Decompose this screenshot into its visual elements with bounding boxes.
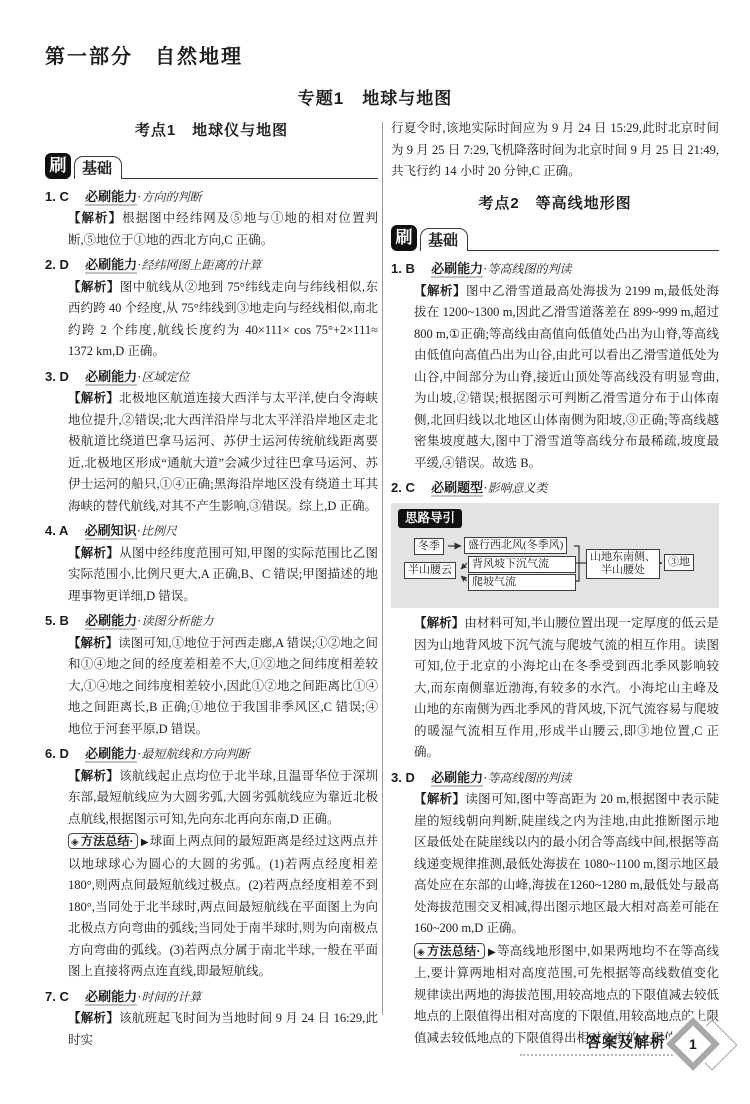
- rule-line: [122, 178, 378, 179]
- flow-node-site3: ③地: [664, 554, 694, 571]
- rule-line: [468, 250, 719, 251]
- answer-number: 3. D: [45, 369, 69, 384]
- ability-topic: 方向的判断: [141, 190, 201, 204]
- analysis-text: 图中乙滑雪道最高处海拔为 2199 m,最低处海拔在 1200~1300 m,因…: [414, 284, 719, 470]
- answer-item: 1. C 必刷能力·方向的判断 【解析】根据图中经纬网及⑤地与①地的相对位置判断…: [45, 186, 378, 252]
- flow-node-location-line1: 山地东南侧、: [590, 551, 656, 564]
- basics-label: 基础: [420, 228, 468, 251]
- ability-tag-label: 必刷题型: [431, 480, 483, 497]
- analysis-paragraph: 【解析】图中乙滑雪道最高处海拔为 2199 m,最低处海拔在 1200~1300…: [414, 281, 719, 475]
- method-summary-badge: ◈方法总结·: [68, 833, 138, 849]
- answer-item: 2. D 必刷能力·经纬网图上距离的计算 【解析】图中航线从②地到 75°纬线走…: [45, 254, 378, 363]
- answer-number: 1. C: [45, 189, 69, 204]
- answer-item: 6. D 必刷能力·最短航线和方向判断 【解析】该航线起止点均位于北半球,且温哥…: [45, 743, 378, 983]
- topic-title: 专题1 地球与地图: [0, 84, 750, 109]
- analysis-text: 北极地区航道连接大西洋与太平洋,使白令海峡地位提升,②错误;北大西洋沿岸与北太平…: [68, 391, 378, 513]
- ability-tag-label: 必刷知识: [85, 523, 137, 540]
- analysis-label: 【解析】: [68, 636, 118, 650]
- analysis-label: 【解析】: [414, 792, 465, 806]
- analysis-text: 读图可知,①地位于河西走廊,A 错误;①②地之间和①④地之间的经度差相差不大,①…: [68, 636, 378, 736]
- method-text: 球面上两点间的最短距离是经过这两点并以地球球心为圆心的大圆的劣弧。(1)若两点经…: [68, 834, 378, 978]
- play-icon: ▶: [141, 837, 149, 848]
- answer-number: 4. A: [45, 523, 68, 538]
- analysis-label: 【解析】: [414, 284, 466, 298]
- page-number: 1: [689, 1036, 697, 1052]
- continuation-paragraph: 行夏令时,该地实际时间应为 9 月 24 日 15:29,此时北京时间为 9 月…: [391, 118, 719, 183]
- answer-head: 3. D 必刷能力·区域定位: [45, 366, 378, 389]
- analysis-label: 【解析】: [68, 769, 119, 783]
- page-footer: 答案及解析 1: [0, 1018, 750, 1088]
- answer-number: 2. C: [391, 480, 415, 495]
- diamond-inner: 1: [675, 1026, 712, 1063]
- ability-topic: 等高线图的判读: [487, 771, 571, 785]
- ability-tag-label: 必刷能力: [85, 613, 137, 630]
- page-number-diamond: 1: [672, 1020, 732, 1076]
- ability-topic: 比例尺: [141, 524, 177, 538]
- flow-node-leeward-flow: 背风坡下沉气流: [468, 556, 576, 573]
- part-title: 第一部分 自然地理: [45, 40, 243, 69]
- column-divider: [382, 122, 383, 1015]
- analysis-text: 读图可知,图中等高距为 20 m,根据图中表示陡崖的短线朝向判断,陡崖线之内为洼…: [414, 792, 719, 935]
- answer-head: 3. D 必刷能力·等高线图的判读: [391, 767, 719, 790]
- method-summary: ◈方法总结·▶球面上两点间的最短距离是经过这两点并以地球球心为圆心的大圆的劣弧。…: [68, 831, 378, 983]
- flow-node-nw-wind: 盛行西北风(冬季风): [464, 537, 567, 554]
- ability-tag-label: 必刷能力: [431, 770, 483, 787]
- left-column: 考点1 地球仪与地图 刷 基础 1. C 必刷能力·方向的判断 【解析】根据图中…: [45, 118, 378, 1051]
- flow-node-location-line2: 半山腰处: [590, 564, 656, 577]
- flow-node-midslope-cloud: 半山腰云: [404, 562, 456, 579]
- answer-number: 1. B: [391, 261, 415, 276]
- play-icon: ▶: [488, 947, 496, 958]
- ability-tag-label: 必刷能力: [85, 989, 137, 1006]
- analysis-label: 【解析】: [68, 211, 122, 225]
- ability-tag-label: 必刷能力: [85, 257, 137, 274]
- analysis-label: 【解析】: [414, 616, 464, 630]
- ability-topic: 最短航线和方向判断: [141, 747, 249, 761]
- method-label: 方法总结·: [81, 834, 134, 848]
- ability-tag-label: 必刷能力: [85, 369, 137, 386]
- method-label: 方法总结·: [427, 944, 481, 958]
- answer-item: 4. A 必刷知识·比例尺 【解析】从图中经纬度范围可知,甲图的实际范围比乙图实…: [45, 520, 378, 607]
- thinking-guide-badge: 思路导引: [398, 509, 462, 528]
- answer-head: 6. D 必刷能力·最短航线和方向判断: [45, 743, 378, 766]
- shua-badge-icon: 刷: [391, 225, 417, 251]
- gem-icon: ◈: [71, 837, 79, 848]
- shua-badge-icon: 刷: [45, 153, 71, 179]
- analysis-paragraph: 【解析】读图可知,①地位于河西走廊,A 错误;①②地之间和①④地之间的经度差相差…: [68, 633, 378, 741]
- answer-head: 5. B 必刷能力·读图分析能力: [45, 610, 378, 633]
- basics-label: 基础: [74, 156, 122, 179]
- flow-node-upslope-flow: 爬坡气流: [468, 574, 576, 591]
- section-title-kaodian2: 考点2 等高线地形图: [391, 193, 719, 215]
- method-summary-badge: ◈方法总结·: [414, 943, 485, 959]
- analysis-label: 【解析】: [68, 280, 120, 294]
- answer-number: 2. D: [45, 257, 69, 272]
- flow-node-location: 山地东南侧、 半山腰处: [586, 549, 660, 579]
- answer-head: 1. C 必刷能力·方向的判断: [45, 186, 378, 209]
- answer-item: 3. D 必刷能力·等高线图的判读 【解析】读图可知,图中等高距为 20 m,根…: [391, 767, 719, 1050]
- answer-head: 2. C 必刷题型·影响意义类: [391, 477, 719, 500]
- analysis-paragraph: 【解析】从图中经纬度范围可知,甲图的实际范围比乙图实际范围小,比例尺更大,A 正…: [68, 543, 378, 608]
- ability-topic: 经纬网图上距离的计算: [141, 258, 261, 272]
- ability-topic: 影响意义类: [487, 481, 547, 495]
- answer-number: 7. C: [45, 989, 69, 1004]
- ability-tag-label: 必刷能力: [85, 189, 137, 206]
- answer-number: 3. D: [391, 770, 415, 785]
- ability-tag-label: 必刷能力: [431, 261, 483, 278]
- answer-head: 7. C 必刷能力·时间的计算: [45, 986, 378, 1009]
- ability-tag-label: 必刷能力: [85, 746, 137, 763]
- footer-label: 答案及解析: [586, 1031, 666, 1052]
- answer-head: 1. B 必刷能力·等高线图的判读: [391, 258, 719, 281]
- answer-item: 5. B 必刷能力·读图分析能力 【解析】读图可知,①地位于河西走廊,A 错误;…: [45, 610, 378, 740]
- ability-topic: 等高线图的判读: [487, 262, 571, 276]
- section-title-kaodian1: 考点1 地球仪与地图: [45, 120, 378, 142]
- answer-item: 3. D 必刷能力·区域定位 【解析】北极地区航道连接大西洋与太平洋,使白令海峡…: [45, 366, 378, 518]
- answer-head: 2. D 必刷能力·经纬网图上距离的计算: [45, 254, 378, 277]
- answer-item: 1. B 必刷能力·等高线图的判读 【解析】图中乙滑雪道最高处海拔为 2199 …: [391, 258, 719, 474]
- answer-number: 5. B: [45, 613, 69, 628]
- analysis-paragraph: 【解析】北极地区航道连接大西洋与太平洋,使白令海峡地位提升,②错误;北大西洋沿岸…: [68, 388, 378, 517]
- gem-icon: ◈: [417, 947, 425, 958]
- analysis-text: 由材料可知,半山腰位置出现一定厚度的低云是因为山地背风坡下沉气流与爬坡气流的相互…: [414, 616, 719, 759]
- flow-diagram: 冬季 盛行西北风(冬季风) 背风坡下沉气流 爬坡气流 半山腰云 山地东南侧、 半…: [398, 535, 712, 601]
- analysis-paragraph: 【解析】读图可知,图中等高距为 20 m,根据图中表示陡崖的短线朝向判断,陡崖线…: [414, 789, 719, 940]
- analysis-paragraph: 【解析】由材料可知,半山腰位置出现一定厚度的低云是因为山地背风坡下沉气流与爬坡气…: [414, 613, 719, 764]
- analysis-paragraph: 【解析】该航线起止点均位于北半球,且温哥华位于深圳东部,最短航线应为大圆劣弧,大…: [68, 766, 378, 831]
- answer-number: 6. D: [45, 746, 69, 761]
- right-column: 行夏令时,该地实际时间应为 9 月 24 日 15:29,此时北京时间为 9 月…: [391, 118, 719, 1049]
- flow-node-winter: 冬季: [414, 538, 444, 555]
- drill-basics-header: 刷 基础: [391, 221, 719, 251]
- thinking-guide-panel: 思路导引: [391, 503, 719, 609]
- drill-basics-header: 刷 基础: [45, 149, 378, 179]
- ability-topic: 时间的计算: [141, 990, 201, 1004]
- analysis-label: 【解析】: [68, 546, 119, 560]
- ability-topic: 读图分析能力: [141, 614, 213, 628]
- analysis-paragraph: 【解析】根据图中经纬网及⑤地与①地的相对位置判断,⑤地位于①地的西北方向,C 正…: [68, 208, 378, 251]
- analysis-paragraph: 【解析】图中航线从②地到 75°纬线走向与纬线相似,东西约跨 40 个经度,从 …: [68, 277, 378, 363]
- answer-head: 4. A 必刷知识·比例尺: [45, 520, 378, 543]
- ability-topic: 区域定位: [141, 370, 189, 384]
- answer-item: 2. C 必刷题型·影响意义类 思路导引: [391, 477, 719, 764]
- analysis-label: 【解析】: [68, 391, 119, 405]
